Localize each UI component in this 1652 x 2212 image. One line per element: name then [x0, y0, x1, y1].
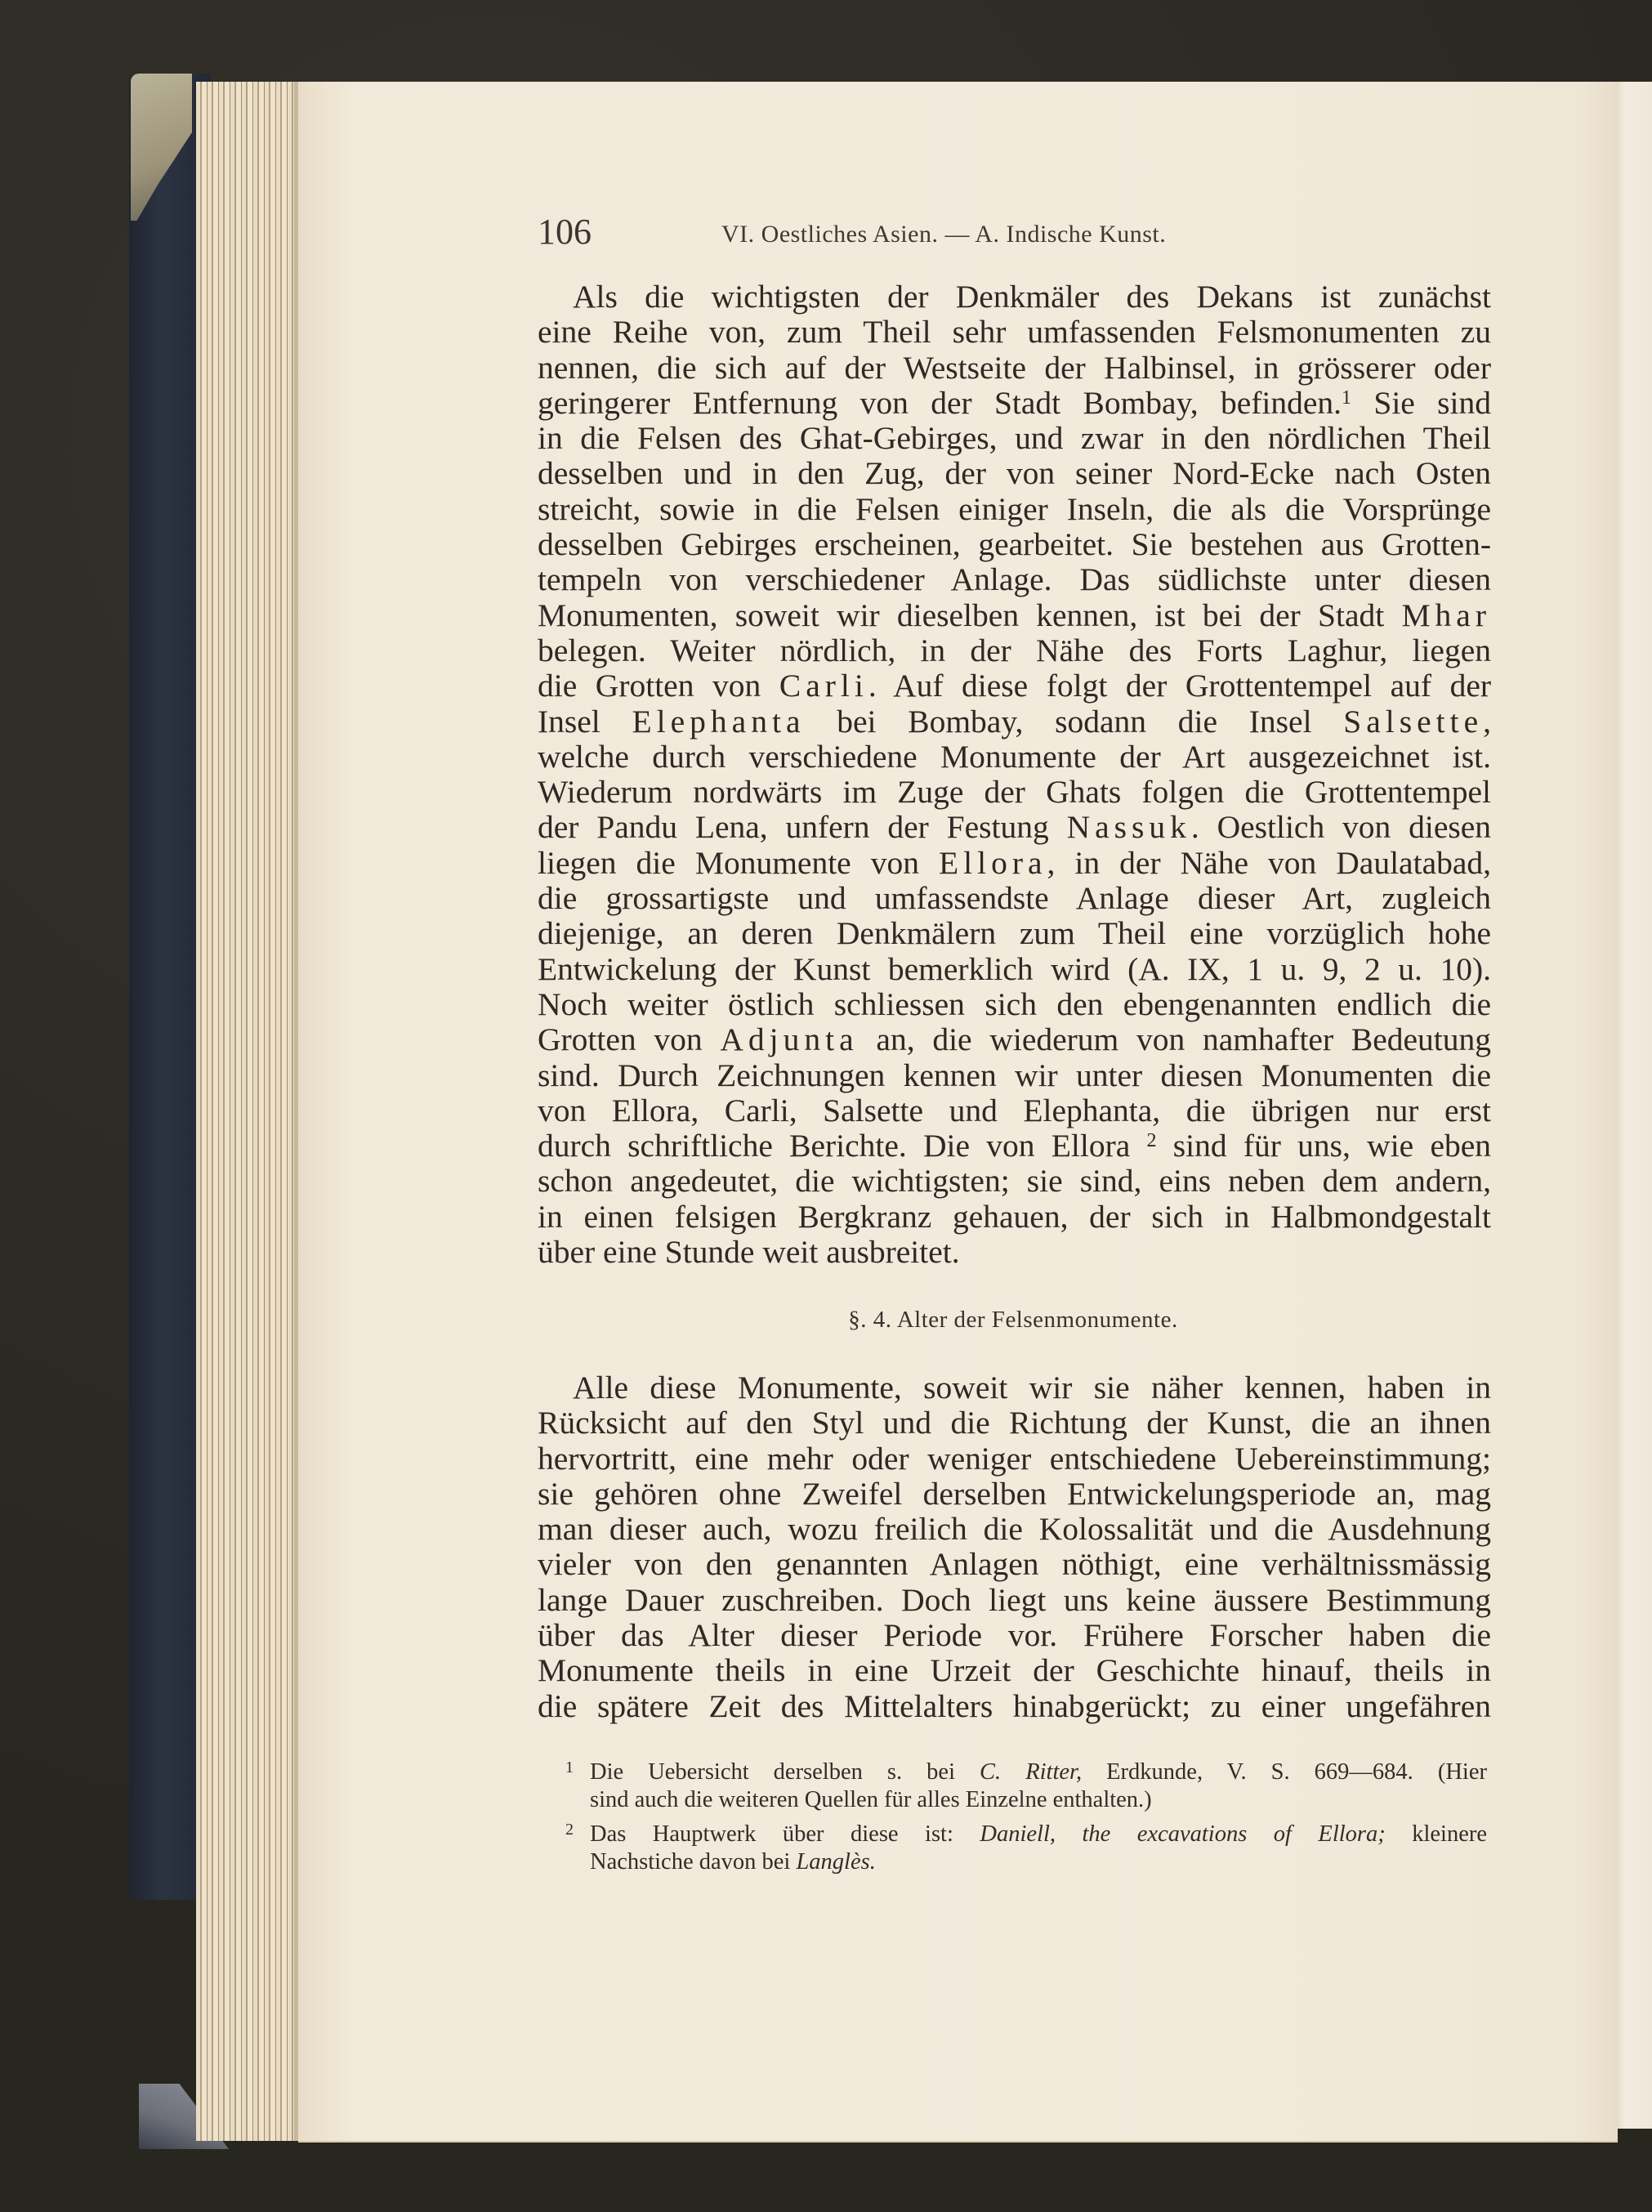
footnote-line: sind auch die weiteren Quellen für alles…	[590, 1786, 1487, 1814]
footnotes: 1 Die Uebersicht derselben s. bei C. Rit…	[556, 1758, 1487, 1883]
text-line: diejenige, an deren Denkmälern zum Theil…	[538, 916, 1491, 951]
text-line: vieler von den genannten Anlagen nöthigt…	[538, 1547, 1491, 1582]
place-name: Elephanta	[632, 704, 806, 740]
place-name: Mhar	[1401, 597, 1491, 633]
text-line: die grossartigste und umfassendste Anlag…	[538, 881, 1491, 916]
text-line: Monumente theils in eine Urzeit der Gesc…	[538, 1653, 1491, 1688]
place-name: Ellora	[939, 845, 1047, 881]
place-name: Carli	[779, 668, 868, 704]
text-line: Insel Elephanta bei Bombay, sodann die I…	[538, 704, 1491, 740]
paragraph-1: Als die wichtigsten der Denkmäler des De…	[538, 279, 1491, 1270]
footnote-2: 2 Das Hauptwerk über diese ist: Daniell,…	[556, 1821, 1487, 1876]
text-line: von Ellora, Carli, Salsette und Elephant…	[538, 1093, 1491, 1128]
citation-author: Langlès.	[796, 1849, 875, 1875]
text-line: durch schriftliche Berichte. Die von Ell…	[538, 1128, 1491, 1164]
running-head: VI. Oestliches Asien. — A. Indische Kuns…	[721, 221, 1166, 248]
footnote-line: Das Hauptwerk über diese ist: Daniell, t…	[590, 1821, 1487, 1848]
footnote-line: Nachstiche davon bei Langlès.	[590, 1848, 1487, 1876]
text-line: in die Felsen des Ghat-Gebirges, und zwa…	[538, 421, 1491, 456]
text-line: sie gehören ohne Zweifel derselben Entwi…	[538, 1477, 1491, 1512]
footnote-mark: 1	[565, 1754, 574, 1781]
text-line: Monumenten, soweit wir dieselben kennen,…	[538, 598, 1491, 633]
footnote-line: Die Uebersicht derselben s. bei C. Ritte…	[590, 1758, 1487, 1786]
text-line: tempeln von verschiedener Anlage. Das sü…	[538, 562, 1491, 597]
footnote-ref-1[interactable]: 1	[1342, 387, 1351, 409]
text-line: Als die wichtigsten der Denkmäler des De…	[538, 279, 1491, 315]
text-line: der Pandu Lena, unfern der Festung Nassu…	[538, 810, 1491, 845]
footnote-ref-2[interactable]: 2	[1147, 1130, 1157, 1151]
text-line: schon angedeutet, die wichtigsten; sie s…	[538, 1164, 1491, 1199]
text-line: über eine Stunde weit ausbreitet.	[538, 1235, 1491, 1270]
text-line: über das Alter dieser Periode vor. Frühe…	[538, 1618, 1491, 1653]
place-name: Nassuk	[1067, 809, 1191, 845]
page-number: 106	[538, 211, 592, 252]
text-line: lange Dauer zuschreiben. Doch liegt uns …	[538, 1583, 1491, 1618]
text-line: sind. Durch Zeichnungen kennen wir unter…	[538, 1058, 1491, 1093]
text-line: desselben Gebirges erscheinen, gearbeite…	[538, 527, 1491, 562]
next-page-edge	[1614, 82, 1652, 2129]
paragraph-2: Alle diese Monumente, soweit wir sie näh…	[538, 1370, 1491, 1724]
text-line: die Grotten von Carli. Auf diese folgt d…	[538, 668, 1491, 704]
text-line: Grotten von Adjunta an, die wiederum von…	[538, 1022, 1491, 1057]
text-line: Noch weiter östlich schliessen sich den …	[538, 987, 1491, 1022]
text-line: geringerer Entfernung von der Stadt Bomb…	[538, 386, 1491, 421]
text-line: nennen, die sich auf der Westseite der H…	[538, 351, 1491, 386]
text-line: desselben und in den Zug, der von seiner…	[538, 456, 1491, 491]
text-line: Alle diese Monumente, soweit wir sie näh…	[538, 1370, 1491, 1405]
footnote-mark: 2	[565, 1816, 574, 1843]
text-line: Rücksicht auf den Styl und die Richtung …	[538, 1405, 1491, 1441]
text-line: Entwickelung der Kunst bemerklich wird (…	[538, 952, 1491, 987]
page-edges	[196, 82, 302, 2141]
text-line: die spätere Zeit des Mittelalters hinabg…	[538, 1689, 1491, 1724]
text-line: in einen felsigen Bergkranz gehauen, der…	[538, 1200, 1491, 1235]
text-line: liegen die Monumente von Ellora, in der …	[538, 846, 1491, 881]
text-line: man dieser auch, wozu freilich die Kolos…	[538, 1512, 1491, 1547]
place-name: Salsette	[1343, 704, 1483, 740]
text-line: belegen. Weiter nördlich, in der Nähe de…	[538, 633, 1491, 668]
text-line: streicht, sowie in die Felsen einiger In…	[538, 492, 1491, 527]
citation-title: Daniell, the excavations of Ellora;	[980, 1821, 1385, 1847]
text-line: welche durch verschiedene Monumente der …	[538, 740, 1491, 775]
footnote-1: 1 Die Uebersicht derselben s. bei C. Rit…	[556, 1758, 1487, 1814]
text-line: hervortritt, eine mehr oder weniger ents…	[538, 1441, 1491, 1477]
place-name: Adjunta	[720, 1021, 858, 1057]
section-heading: §. 4. Alter der Felsenmonumente.	[523, 1307, 1503, 1334]
text-line: Wiederum nordwärts im Zuge der Ghats fol…	[538, 775, 1491, 810]
page-header: 106 VI. Oestliches Asien. — A. Indische …	[538, 211, 1493, 252]
citation-author: C. Ritter,	[980, 1759, 1082, 1785]
text-line: eine Reihe von, zum Theil sehr umfassend…	[538, 315, 1491, 350]
